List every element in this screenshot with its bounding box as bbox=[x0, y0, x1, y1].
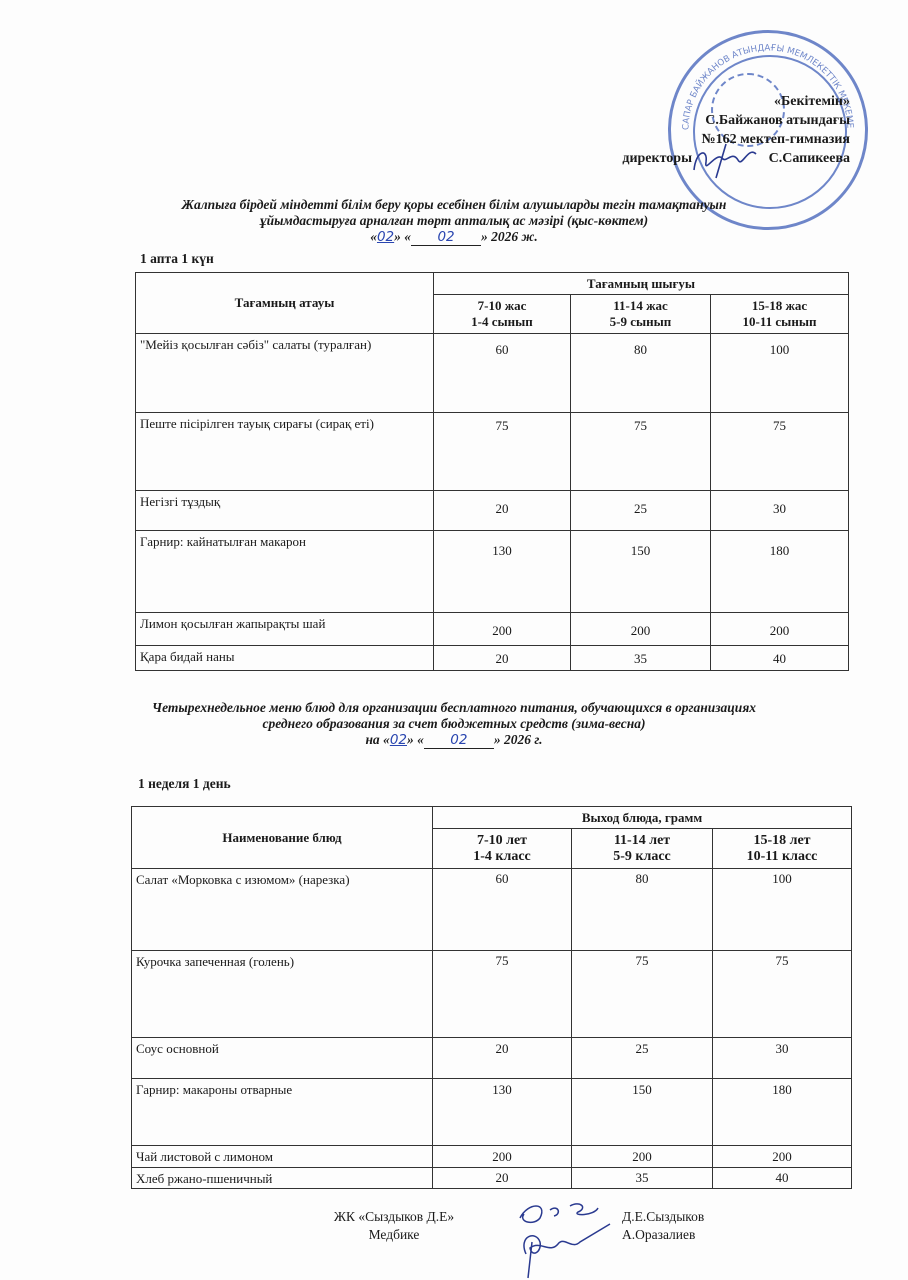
ru-header-col3: 15-18 лет10-11 класс bbox=[713, 829, 852, 869]
portion-value: 60 bbox=[434, 334, 571, 413]
portion-value: 75 bbox=[434, 413, 571, 491]
portion-value: 100 bbox=[713, 869, 852, 951]
portion-value: 25 bbox=[572, 1038, 713, 1079]
director-signature bbox=[686, 140, 766, 180]
dish-name: Салат «Морковка с изюмом» (нарезка) bbox=[132, 869, 433, 951]
table-row: Негізгі тұздық202530 bbox=[136, 491, 849, 531]
ru-date-month: 02 bbox=[450, 732, 467, 748]
approval-school-line1: С.Байжанов атындағы bbox=[550, 111, 850, 130]
portion-value: 20 bbox=[433, 1168, 572, 1189]
portion-value: 30 bbox=[713, 1038, 852, 1079]
ru-title-line2: среднего образования за счет бюджетных с… bbox=[0, 716, 908, 732]
kz-date-month: 02 bbox=[437, 229, 454, 245]
footer-name2: А.Оразалиев bbox=[622, 1226, 704, 1244]
table-row: Лимон қосылған жапырақты шай200200200 bbox=[136, 613, 849, 646]
kz-header-col2: 11-14 жас5-9 сынып bbox=[571, 295, 711, 334]
dish-name: Соус основной bbox=[132, 1038, 433, 1079]
dish-name: Негізгі тұздық bbox=[136, 491, 434, 531]
ru-title-line1: Четырехнедельное меню блюд для организац… bbox=[0, 700, 908, 716]
portion-value: 100 bbox=[711, 334, 849, 413]
ru-title: Четырехнедельное меню блюд для организац… bbox=[0, 700, 908, 749]
kz-menu-table: Тағамның атауы Тағамның шығуы 7-10 жас1-… bbox=[135, 272, 849, 671]
kz-day-label: 1 апта 1 күн bbox=[140, 251, 214, 267]
dish-name: Пеште пісірілген тауық сирағы (сирақ еті… bbox=[136, 413, 434, 491]
kz-title: Жалпыға бірдей міндетті білім беру қоры … bbox=[0, 197, 908, 246]
dish-name: Гарнир: макароны отварные bbox=[132, 1079, 433, 1146]
portion-value: 80 bbox=[571, 334, 711, 413]
portion-value: 75 bbox=[433, 951, 572, 1038]
table-row: Чай листовой с лимоном200200200 bbox=[132, 1146, 852, 1168]
kz-header-group: Тағамның шығуы bbox=[434, 273, 849, 295]
kz-header-col1: 7-10 жас1-4 сынып bbox=[434, 295, 571, 334]
portion-value: 75 bbox=[711, 413, 849, 491]
table-row: "Мейіз қосылған сәбіз" салаты (туралған)… bbox=[136, 334, 849, 413]
approval-title: «Бекітемін» bbox=[550, 92, 850, 111]
portion-value: 35 bbox=[572, 1168, 713, 1189]
dish-name: Лимон қосылған жапырақты шай bbox=[136, 613, 434, 646]
portion-value: 200 bbox=[571, 613, 711, 646]
table-row: Пеште пісірілген тауық сирағы (сирақ еті… bbox=[136, 413, 849, 491]
dish-name: Курочка запеченная (голень) bbox=[132, 951, 433, 1038]
portion-value: 20 bbox=[434, 491, 571, 531]
table-row: Салат «Морковка с изюмом» (нарезка)60801… bbox=[132, 869, 852, 951]
portion-value: 180 bbox=[713, 1079, 852, 1146]
table-row: Гарнир: кайнатылған макарон130150180 bbox=[136, 531, 849, 613]
dish-name: Гарнир: кайнатылған макарон bbox=[136, 531, 434, 613]
kz-title-line2: ұйымдастыруға арналған төрт апталық ас м… bbox=[0, 213, 908, 229]
ru-header-col1: 7-10 лет1-4 класс bbox=[433, 829, 572, 869]
dish-name: "Мейіз қосылған сәбіз" салаты (туралған) bbox=[136, 334, 434, 413]
table-row: Хлеб ржано-пшеничный203540 bbox=[132, 1168, 852, 1189]
footer-org: ЖК «Сыздыков Д.Е» bbox=[322, 1208, 466, 1226]
dish-name: Чай листовой с лимоном bbox=[132, 1146, 433, 1168]
portion-value: 20 bbox=[434, 646, 571, 671]
portion-value: 150 bbox=[572, 1079, 713, 1146]
kz-header-name: Тағамның атауы bbox=[136, 273, 434, 334]
portion-value: 35 bbox=[571, 646, 711, 671]
footer-left: ЖК «Сыздыков Д.Е» Медбике bbox=[322, 1208, 466, 1244]
portion-value: 130 bbox=[434, 531, 571, 613]
portion-value: 200 bbox=[434, 613, 571, 646]
ru-date: на «02» «02» 2026 г. bbox=[0, 732, 908, 749]
footer-name1: Д.Е.Сыздыков bbox=[622, 1208, 704, 1226]
portion-value: 75 bbox=[713, 951, 852, 1038]
ru-header-name: Наименование блюд bbox=[132, 807, 433, 869]
ru-header-group: Выход блюда, грамм bbox=[433, 807, 852, 829]
portion-value: 200 bbox=[572, 1146, 713, 1168]
portion-value: 75 bbox=[572, 951, 713, 1038]
kz-date: «02» «02» 2026 ж. bbox=[0, 229, 908, 246]
footer-role: Медбике bbox=[322, 1226, 466, 1244]
kz-header-col3: 15-18 жас10-11 сынып bbox=[711, 295, 849, 334]
table-row: Курочка запеченная (голень)757575 bbox=[132, 951, 852, 1038]
portion-value: 150 bbox=[571, 531, 711, 613]
dish-name: Қара бидай наны bbox=[136, 646, 434, 671]
table-row: Гарнир: макароны отварные130150180 bbox=[132, 1079, 852, 1146]
ru-day-label: 1 неделя 1 день bbox=[138, 776, 231, 792]
table-row: Қара бидай наны203540 bbox=[136, 646, 849, 671]
portion-value: 75 bbox=[571, 413, 711, 491]
kz-date-day: 02 bbox=[377, 229, 394, 245]
portion-value: 25 bbox=[571, 491, 711, 531]
footer-right: Д.Е.Сыздыков А.Оразалиев bbox=[622, 1208, 704, 1244]
portion-value: 200 bbox=[433, 1146, 572, 1168]
approval-director-label: директоры bbox=[622, 149, 692, 168]
portion-value: 40 bbox=[713, 1168, 852, 1189]
portion-value: 40 bbox=[711, 646, 849, 671]
ru-date-day: 02 bbox=[390, 732, 407, 748]
portion-value: 60 bbox=[433, 869, 572, 951]
portion-value: 20 bbox=[433, 1038, 572, 1079]
ru-menu-table: Наименование блюд Выход блюда, грамм 7-1… bbox=[131, 806, 852, 1189]
ru-header-col2: 11-14 лет5-9 класс bbox=[572, 829, 713, 869]
portion-value: 130 bbox=[433, 1079, 572, 1146]
portion-value: 200 bbox=[711, 613, 849, 646]
table-row: Соус основной202530 bbox=[132, 1038, 852, 1079]
portion-value: 200 bbox=[713, 1146, 852, 1168]
kz-title-line1: Жалпыға бірдей міндетті білім беру қоры … bbox=[0, 197, 908, 213]
footer-signatures bbox=[510, 1196, 620, 1280]
portion-value: 80 bbox=[572, 869, 713, 951]
portion-value: 30 bbox=[711, 491, 849, 531]
portion-value: 180 bbox=[711, 531, 849, 613]
dish-name: Хлеб ржано-пшеничный bbox=[132, 1168, 433, 1189]
